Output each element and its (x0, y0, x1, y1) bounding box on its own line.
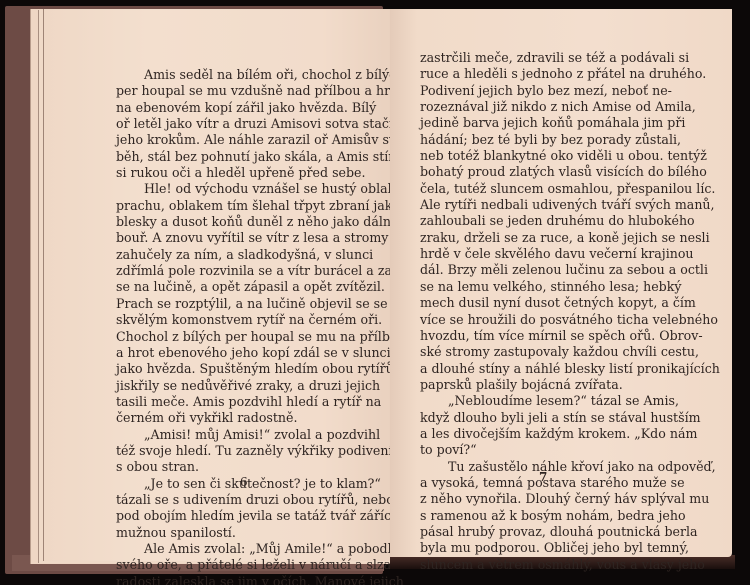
text-line: s obou stran. (116, 459, 363, 475)
text-line: s ramenou až k bosým nohám, bedra jeho (420, 508, 666, 524)
text-line: to poví?“ (420, 442, 666, 458)
text-line: mužnou spanilostí. (116, 525, 363, 541)
text-line: Podivení jejich bylo bez mezí, neboť ne- (420, 83, 666, 99)
text-line: se na lučině, a opět zápasil a opět zvít… (116, 279, 363, 295)
left-page-text: Amis seděl na bílém oři, chochol z bílýc… (116, 67, 363, 585)
text-line: bohatý proud zlatých vlasů visících do b… (420, 164, 666, 180)
text-line: tasili meče. Amis pozdvihl hledí a rytíř… (116, 394, 363, 410)
text-line: jedině barva jejich koňů pomáhala jim př… (420, 115, 666, 131)
text-line: zastrčili meče, zdravili se též a podáva… (420, 50, 666, 66)
text-line: Amis seděl na bílém oři, chochol z bílýc… (116, 67, 363, 83)
text-line: ruce a hleděli s jednoho z přátel na dru… (420, 66, 666, 82)
text-line: radosti zaleskla se jim v očích. Manové … (116, 574, 363, 585)
text-line: bouř. A znovu vyřítil se vítr z lesa a s… (116, 230, 363, 246)
text-line: Prach se rozptýlil, a na lučině objevil … (116, 296, 363, 312)
left-page: Amis seděl na bílém oři, chochol z bílýc… (43, 9, 391, 561)
right-page-text: zastrčili meče, zdravili se též a podáva… (420, 50, 666, 573)
text-line: jiskřily se nedůvěřivé zraky, a druzi je… (116, 378, 363, 394)
text-line: skvělým komonstvem rytíř na černém oři. (116, 312, 363, 328)
text-line: Ale Amis zvolal: „Můj Amile!“ a pobodl (116, 541, 363, 557)
text-line: paprsků plašily bojácná zvířata. (420, 377, 666, 393)
text-line: pod obojím hledím jevila se tatáž tvář z… (116, 508, 363, 524)
right-page: zastrčili meče, zdravili se též a podáva… (390, 9, 732, 557)
text-line: rozeznával již nikdo z nich Amise od Ami… (420, 99, 666, 115)
text-line: blesky a dusot koňů duněl z něho jako dá… (116, 214, 363, 230)
text-line: zahloubali se jeden druhému do hlubokého (420, 213, 666, 229)
right-page-number: 7 (539, 470, 547, 484)
text-line: se na lemu velkého, stinného lesa; hebký (420, 279, 666, 295)
text-line: „Amisi! můj Amisi!“ zvolal a pozdvihl (116, 427, 363, 443)
text-line: a hrot ebenového jeho kopí zdál se v slu… (116, 345, 363, 361)
text-line: více se hroužili do posvátného ticha vel… (420, 312, 666, 328)
text-line: svého oře, a přátelé si leželi v náručí … (116, 557, 363, 573)
text-line: byla mu podporou. Obličej jeho byl temný… (420, 540, 666, 556)
text-line: Ale rytíři nedbali udivených tváří svých… (420, 197, 666, 213)
text-line: z něho vynořila. Dlouhý černý háv splýva… (420, 491, 666, 507)
text-line: prachu, oblakem tím šlehal třpyt zbraní … (116, 198, 363, 214)
text-line: zraku, drželi se za ruce, a koně jejich … (420, 230, 666, 246)
text-line: a dlouhé stíny a náhlé blesky listí pron… (420, 361, 666, 377)
text-line: tázali se s udivením druzi obou rytířů, … (116, 492, 363, 508)
text-line: jeho krokům. Ale náhle zarazil oř Amisův… (116, 132, 363, 148)
text-line: Chochol z bílých per houpal se mu na pří… (116, 329, 363, 345)
text-line: jako hvězda. Spuštěným hledím obou rytíř… (116, 361, 363, 377)
text-line: čela, tutéž sluncem osmahlou, přespanilo… (420, 181, 666, 197)
text-line: též svoje hledí. Tu zazněly výkřiky podi… (116, 443, 363, 459)
text-line: neb totéž blankytné oko viděli u obou. t… (420, 148, 666, 164)
text-line: mech dusil nyní dusot četných kopyt, a č… (420, 295, 666, 311)
text-line: ské stromy zastupovaly každou chvíli ces… (420, 344, 666, 360)
text-line: hrdě v čele skvělého davu večerní krajin… (420, 246, 666, 262)
text-line: „Nebloudíme lesem?“ tázal se Amis, (420, 393, 666, 409)
text-line: dál. Brzy měli zelenou lučinu za sebou a… (420, 262, 666, 278)
text-line: hvozdu, tím více mírnil se spěch ořů. Ob… (420, 328, 666, 344)
left-page-number: 6 (240, 475, 248, 489)
text-line: černém oři vykřikl radostně. (116, 410, 363, 426)
text-line: Hle! od východu vznášel se hustý oblak (116, 181, 363, 197)
text-line: oř letěl jako vítr a druzi Amisovi sotva… (116, 116, 363, 132)
text-line: běh, stál bez pohnutí jako skála, a Amis… (116, 149, 363, 165)
text-line: zdřímlá pole rozvinila se a vítr burácel… (116, 263, 363, 279)
text-line: sluncem a větrem osmáhlý, vous a vlasy j… (420, 557, 666, 573)
text-line: zahučely za ním, a sladkodyšná, v slunci (116, 247, 363, 263)
text-line: hádání; bez té byli by bez porady zůstal… (420, 132, 666, 148)
text-line: když dlouho byli jeli a stín se stával h… (420, 410, 666, 426)
text-line: per houpal se mu vzdušně nad přílbou a h… (116, 83, 363, 99)
text-line: pásal hrubý provaz, dlouhá poutnická ber… (420, 524, 666, 540)
text-line: si rukou oči a hleděl upřeně před sebe. (116, 165, 363, 181)
text-line: na ebenovém kopí zářil jako hvězda. Bílý (116, 100, 363, 116)
text-line: a les divočejším každým krokem. „Kdo nám (420, 426, 666, 442)
